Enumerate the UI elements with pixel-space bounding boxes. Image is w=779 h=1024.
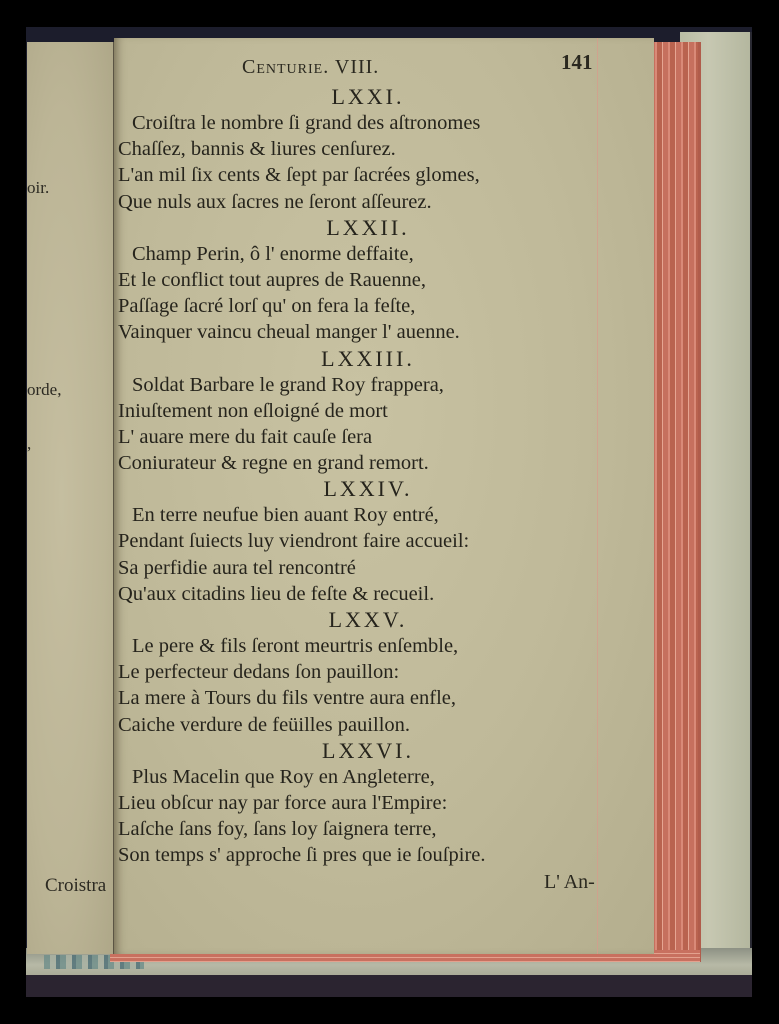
quatrain-number: LXXIII. [118, 346, 588, 372]
quatrain-number: LXXII. [118, 215, 588, 241]
quatrain: LXXVI. Plus Macelin que Roy en Angleterr… [118, 738, 588, 869]
running-head-century: . VIII. [323, 56, 379, 78]
verse-line: L' auare mere du fait cauſe ſera [118, 424, 588, 450]
left-page-fragment: , [27, 434, 31, 454]
verse-line: Que nuls aux ſacres ne ſeront aſſeurez. [118, 189, 588, 215]
quatrain-number: LXXVI. [118, 738, 588, 764]
verse-line: Et le conflict tout aupres de Rauenne, [118, 267, 588, 293]
verse-line: Caiche verdure de feüilles pauillon. [118, 712, 588, 738]
red-page-edges [650, 42, 701, 962]
quatrain-number: LXXI. [118, 84, 588, 110]
catchword: L' An- [544, 871, 595, 894]
verse-line: Le perfecteur dedans ſon pauillon: [118, 659, 588, 685]
verse-line: L'an mil ſix cents & ſept par ſacrées gl… [118, 162, 588, 188]
quatrain-number: LXXIV. [118, 476, 588, 502]
running-head-word: enturie [256, 56, 323, 78]
quatrain-list: LXXI. Croiſtra le nombre ſi grand des aſ… [118, 84, 588, 869]
quatrain: LXXV. Le pere & fils ſeront meurtris enſ… [118, 607, 588, 738]
page-number: 141 [561, 50, 593, 75]
left-page-fragment: oir. [27, 178, 49, 198]
verse-line: Vainquer vaincu cheual manger l' auenne. [118, 319, 588, 345]
verse-line: La mere à Tours du fils ventre aura enfl… [118, 685, 588, 711]
verse-line: En terre neufue bien auant Roy entré, [118, 502, 588, 528]
verse-line: Plus Macelin que Roy en Angleterre, [118, 764, 588, 790]
verse-line: Lieu obſcur nay par force aura l'Empire: [118, 790, 588, 816]
quatrain: LXXI. Croiſtra le nombre ſi grand des aſ… [118, 84, 588, 215]
right-page: Centurie. VIII. 141 LXXI. Croiſtra le no… [114, 38, 654, 954]
left-page: oir. orde, , Croistra [27, 42, 115, 954]
verse-line: Pendant ſuiects luy viendront faire accu… [118, 528, 588, 554]
left-page-catchword: Croistra [45, 875, 106, 897]
quatrain: LXXII. Champ Perin, ô l' enorme deffaite… [118, 215, 588, 346]
verse-line: Coniurateur & regne en grand remort. [118, 450, 588, 476]
verse-line: Laſche ſans foy, ſans loy ſaignera terre… [118, 816, 588, 842]
running-head-initial: C [242, 56, 256, 78]
verse-line: Le pere & fils ſeront meurtris enſemble, [118, 633, 588, 659]
verse-line: Iniuſtement non eſloigné de mort [118, 398, 588, 424]
quatrain: LXXIV. En terre neufue bien auant Roy en… [118, 476, 588, 607]
verse-line: Sa perfidie aura tel rencontré [118, 555, 588, 581]
verse-line: Son temps s' approche ſi pres que ie ſou… [118, 842, 588, 868]
verse-line: Croiſtra le nombre ſi grand des aſtronom… [118, 110, 588, 136]
verse-line: Soldat Barbare le grand Roy frappera, [118, 372, 588, 398]
quatrain-number: LXXV. [118, 607, 588, 633]
verse-line: Chaſſez, bannis & liures cenſurez. [118, 136, 588, 162]
cover-bottom-edge [26, 975, 752, 997]
left-page-fragment: orde, [27, 380, 61, 400]
verse-line: Paſſage ſacré lorſ qu' on fera la feſte, [118, 293, 588, 319]
running-head: Centurie. VIII. [242, 56, 379, 79]
verse-line: Champ Perin, ô l' enorme deffaite, [118, 241, 588, 267]
quatrain: LXXIII. Soldat Barbare le grand Roy frap… [118, 346, 588, 477]
margin-rule [597, 38, 598, 954]
verse-line: Qu'aux citadins lieu de feſte & recueil. [118, 581, 588, 607]
